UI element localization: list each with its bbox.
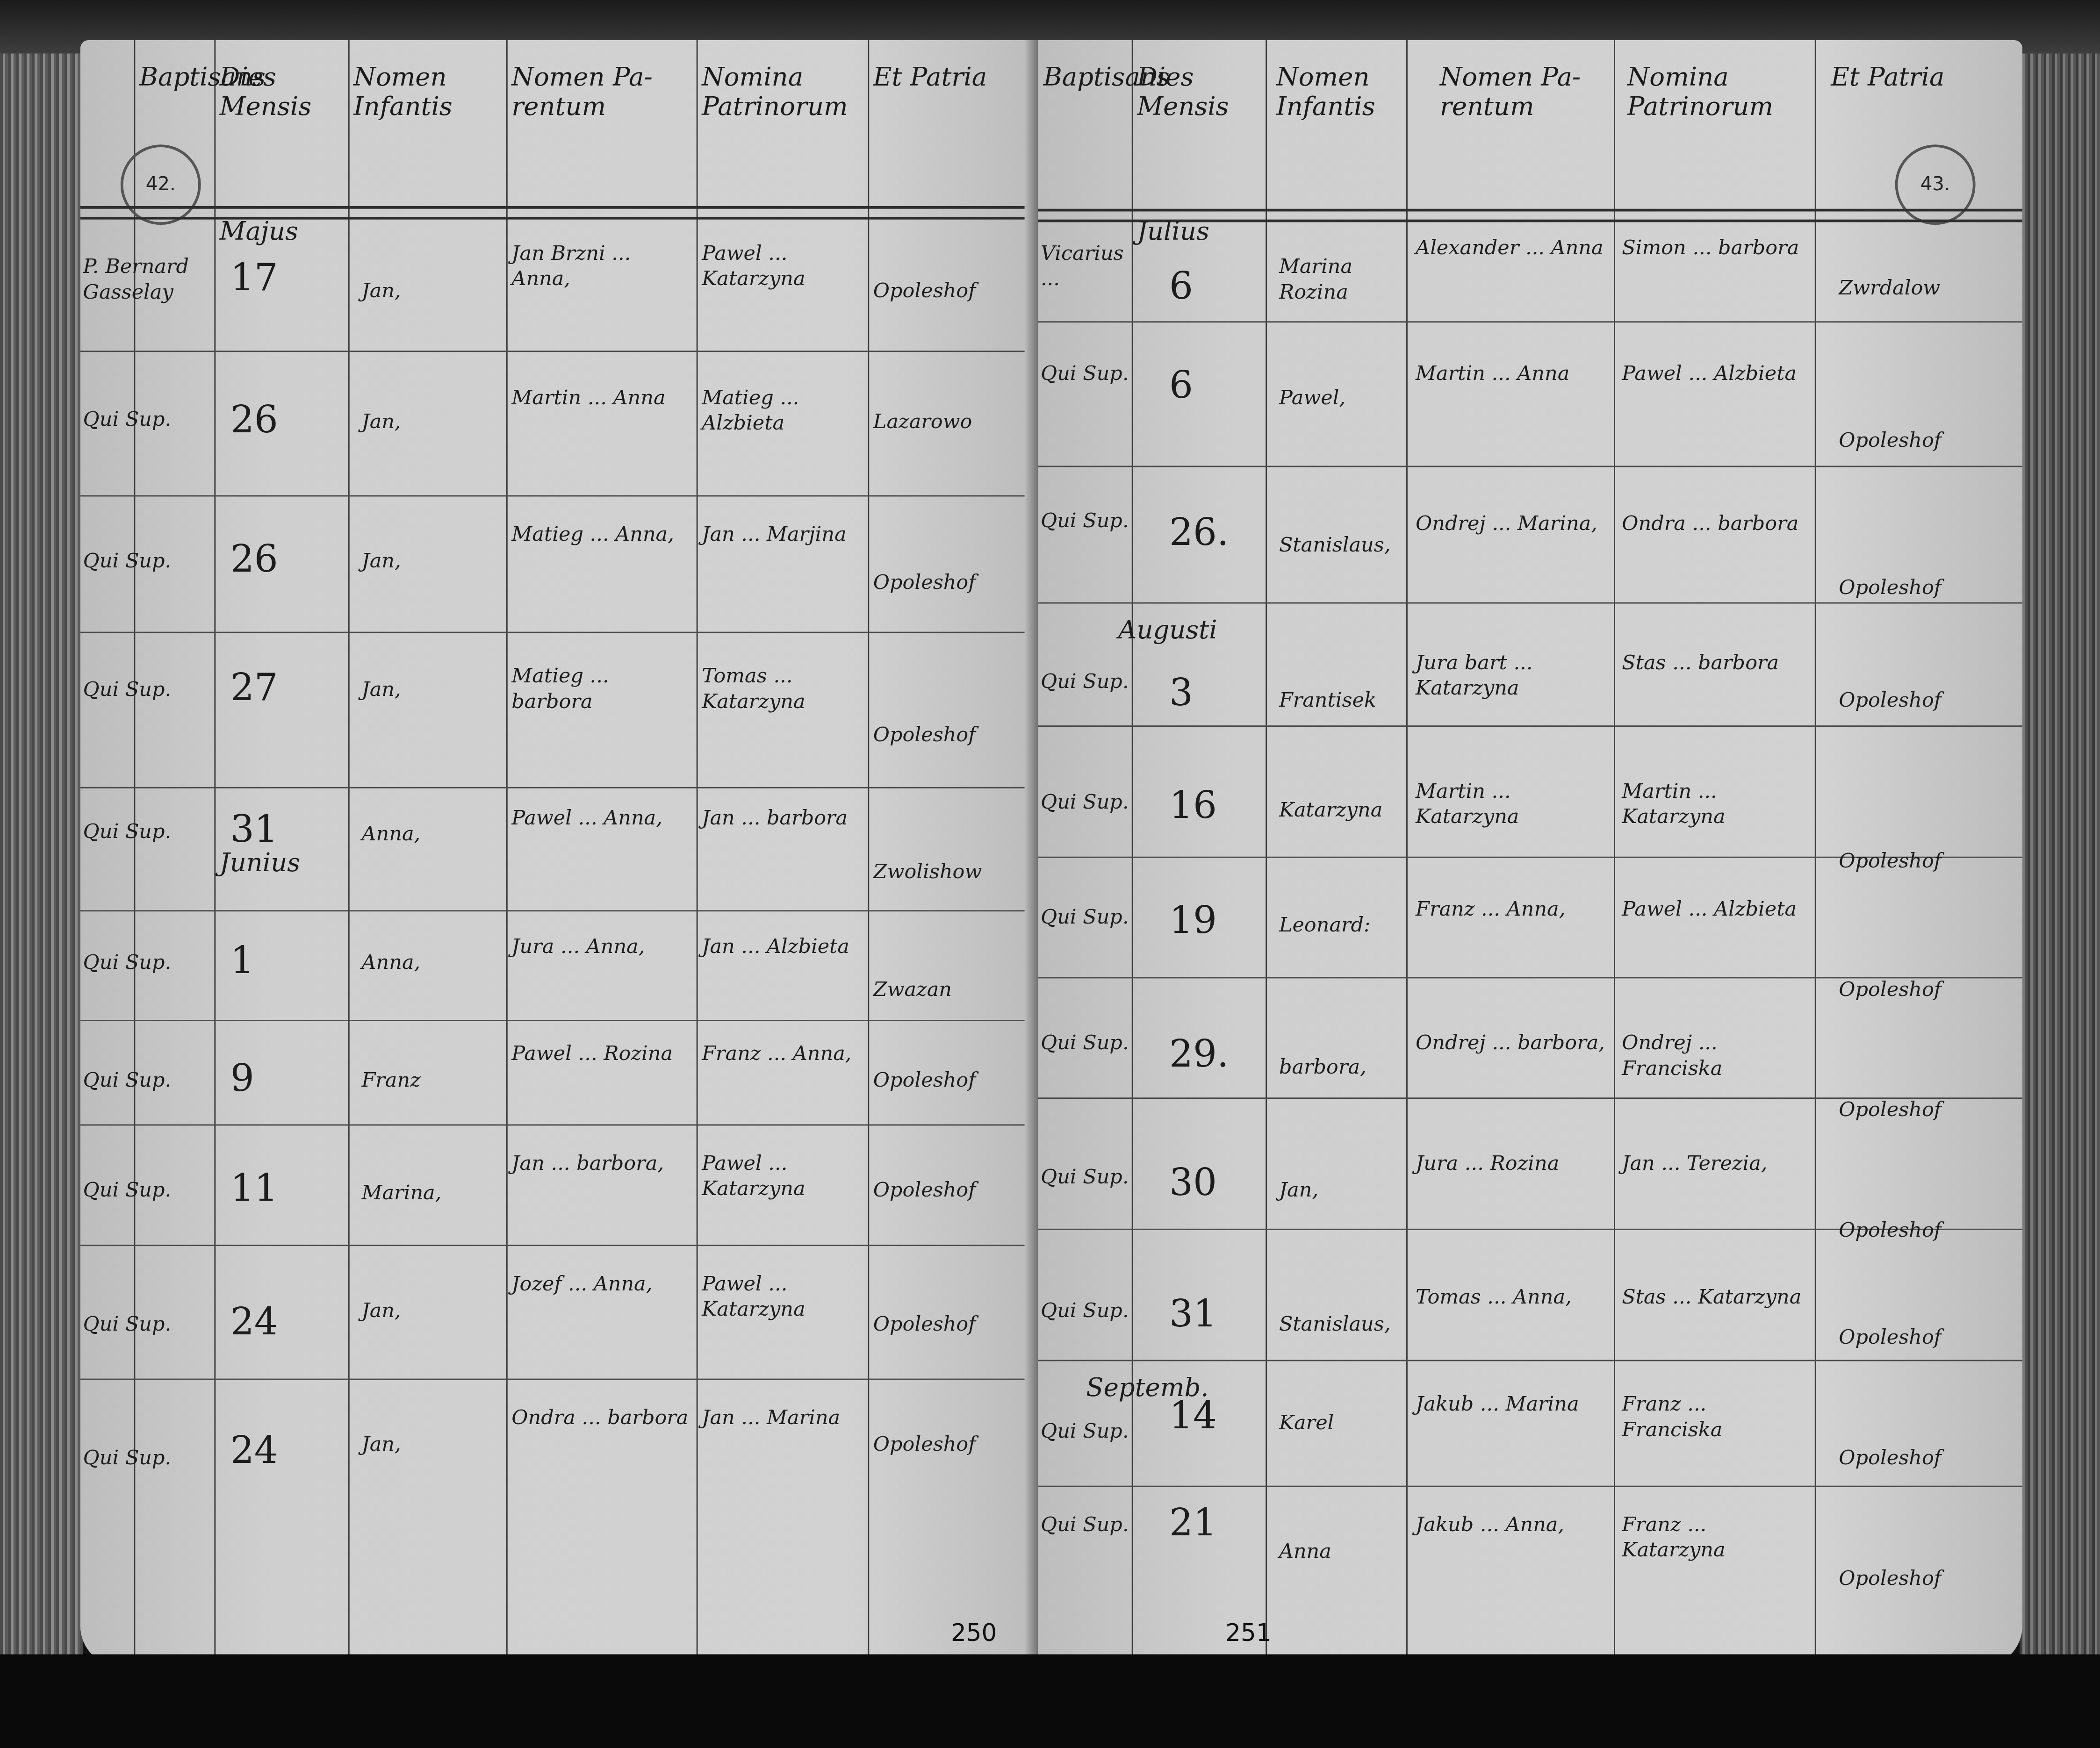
baptisans-cell: Qui Sup. (1041, 509, 1129, 534)
month-label: Majus (220, 217, 298, 249)
header-et-patria: Et Patria (1831, 64, 2018, 93)
header-nomen-parentum: Nomen Pa-rentum (1440, 64, 1611, 122)
patria-cell: Opoleshof (873, 1432, 976, 1457)
parents-cell: Alexander ... Anna (1416, 236, 1611, 261)
header-dies-mensis: Dies Mensis (1137, 64, 1263, 122)
patria-cell: Opoleshof (1839, 1566, 1941, 1591)
header-dies-mensis: Dies Mensis (220, 64, 345, 122)
baptisans-cell: Qui Sup. (83, 1311, 212, 1337)
column-rule (1132, 40, 1133, 1666)
parents-cell: Matieg ... barbora (511, 664, 692, 714)
row-divider (1038, 321, 2022, 322)
parents-cell: Pawel ... Anna, (511, 806, 692, 831)
parents-cell: Jan Brzni ... Anna, (511, 241, 692, 291)
header-baptisans: Baptisans (1043, 64, 1132, 93)
baptisans-cell: Qui Sup. (1041, 1031, 1129, 1056)
row-divider (80, 495, 1038, 497)
infant-cell: Jan, (361, 409, 401, 435)
godparents-cell: Pawel ... Alzbieta (1622, 897, 1812, 922)
day-cell: 24 (230, 1298, 278, 1345)
patria-cell: Opoleshof (1839, 977, 1941, 1003)
baptisans-cell: Qui Sup. (1041, 905, 1129, 930)
parents-cell: Pawel ... Rozina (511, 1041, 692, 1067)
godparents-cell: Pawel ... Alzbieta (1622, 361, 1812, 387)
day-cell: 16 (1169, 781, 1217, 828)
column-rule (214, 40, 216, 1666)
folio-number: 251 (1225, 1619, 1271, 1648)
infant-cell: Jan, (1279, 1178, 1318, 1203)
right-page: Baptisans Dies Mensis Nomen Infantis Nom… (1038, 40, 2022, 1666)
godparents-cell: Jan ... Marjina (702, 522, 865, 547)
row-divider (1038, 1486, 2022, 1487)
day-cell: 27 (230, 664, 278, 710)
infant-cell: Anna, (361, 950, 420, 975)
row-divider (80, 787, 1038, 788)
godparents-cell: Franz ... Katarzyna (1622, 1512, 1812, 1562)
day-cell: 14 (1169, 1392, 1217, 1439)
parents-cell: Martin ... Anna (511, 386, 692, 411)
day-cell: 21 (1169, 1499, 1217, 1546)
infant-cell: Marina Rozina (1279, 254, 1405, 304)
row-divider (1038, 1360, 2022, 1361)
baptisans-cell: Qui Sup. (1041, 1419, 1129, 1444)
patria-cell: Opoleshof (873, 570, 976, 595)
page-stack-left (0, 54, 83, 1700)
godparents-cell: Ondra ... barbora (1622, 511, 1812, 537)
godparents-cell: Pawel ... Katarzyna (702, 1151, 865, 1201)
infant-cell: barbora, (1279, 1055, 1366, 1080)
column-rule (1815, 40, 1816, 1666)
infant-cell: Jan, (361, 549, 401, 574)
infant-cell: Marina, (361, 1181, 441, 1206)
baptisans-cell: Qui Sup. (83, 819, 212, 845)
row-divider (1038, 466, 2022, 467)
baptisans-cell: Vicarius ... (1041, 241, 1129, 291)
parents-cell: Jura bart ... Katarzyna (1416, 651, 1611, 701)
patria-cell: Opoleshof (873, 279, 976, 304)
infant-cell: Anna, (361, 822, 420, 847)
infant-cell: Katarzyna (1279, 798, 1382, 823)
column-rule (348, 40, 350, 1666)
baptisans-cell: Qui Sup. (1041, 1164, 1129, 1189)
day-cell: 26. (1169, 509, 1229, 555)
patria-cell: Opoleshof (1839, 1097, 1941, 1123)
godparents-cell: Jan ... Alzbieta (702, 934, 865, 960)
parents-cell: Jozef ... Anna, (511, 1272, 692, 1297)
patria-cell: Opoleshof (1839, 1446, 1941, 1471)
header-nomen-infantis: Nomen Infantis (1276, 64, 1405, 122)
day-cell: 3 (1169, 669, 1193, 716)
parents-cell: Martin ... Anna (1416, 361, 1611, 387)
day-cell: 26 (230, 535, 278, 582)
column-rule (868, 40, 869, 1666)
infant-cell: Stanislaus, (1279, 1311, 1391, 1337)
header-baptisans: Baptisans (139, 64, 214, 93)
infant-cell: Jan, (361, 279, 401, 304)
baptisans-cell: P. Bernard Gasselay (83, 254, 212, 304)
parents-cell: Jura ... Anna, (511, 934, 692, 960)
scan-background (0, 1655, 2100, 1748)
baptisans-cell: Qui Sup. (1041, 790, 1129, 815)
column-rule (1406, 40, 1408, 1666)
godparents-cell: Franz ... Anna, (702, 1041, 865, 1067)
header-nomina-patrinorum: Nomina Patrinorum (702, 64, 865, 122)
patria-cell: Zwolishow (873, 859, 982, 884)
column-rule (697, 40, 698, 1666)
patria-cell: Zwrdalow (1839, 276, 1940, 301)
header-et-patria: Et Patria (873, 64, 1034, 93)
day-cell: 9 (230, 1055, 254, 1102)
row-divider (80, 632, 1038, 633)
column-rule (1266, 40, 1267, 1666)
month-label: Junius (220, 849, 300, 881)
infant-cell: Jan, (361, 1432, 401, 1457)
godparents-cell: Ondrej ... Franciska (1622, 1031, 1812, 1081)
day-cell: 29. (1169, 1031, 1229, 1077)
patria-cell: Opoleshof (1839, 428, 1941, 453)
infant-cell: Karel (1279, 1411, 1334, 1436)
infant-cell: Franz (361, 1068, 420, 1093)
day-cell: 19 (1169, 897, 1217, 944)
godparents-cell: Simon ... barbora (1622, 236, 1812, 261)
baptisans-cell: Qui Sup. (83, 1178, 212, 1203)
row-divider (1038, 602, 2022, 604)
row-divider (80, 1245, 1038, 1246)
infant-cell: Frantisek (1279, 688, 1376, 713)
parents-cell: Martin ... Katarzyna (1416, 779, 1611, 829)
godparents-cell: Tomas ... Katarzyna (702, 664, 865, 714)
godparents-cell: Pawel ... Katarzyna (702, 1272, 865, 1322)
parents-cell: Jakub ... Marina (1416, 1392, 1611, 1417)
patria-cell: Lazarowo (873, 409, 972, 435)
godparents-cell: Stas ... barbora (1622, 651, 1812, 676)
patria-cell: Opoleshof (873, 1068, 976, 1093)
parents-cell: Ondrej ... Marina, (1416, 511, 1611, 537)
patria-cell: Opoleshof (1839, 1218, 1941, 1243)
godparents-cell: Jan ... Terezia, (1622, 1151, 1812, 1176)
baptisans-cell: Qui Sup. (83, 549, 212, 574)
baptisans-cell: Qui Sup. (83, 950, 212, 975)
baptisans-cell: Qui Sup. (1041, 1512, 1129, 1538)
row-divider (80, 910, 1038, 911)
godparents-cell: Pawel ... Katarzyna (702, 241, 865, 291)
row-divider (80, 1379, 1038, 1380)
left-page: Baptisans Dies Mensis Nomen Infantis Nom… (80, 40, 1038, 1666)
patria-cell: Opoleshof (873, 723, 976, 748)
godparents-cell: Jan ... barbora (702, 806, 865, 831)
infant-cell: Jan, (361, 1298, 401, 1324)
parents-cell: Franz ... Anna, (1416, 897, 1611, 922)
godparents-cell: Jan ... Marina (702, 1405, 865, 1431)
day-cell: 31 (230, 806, 278, 853)
baptisans-cell: Qui Sup. (83, 1446, 212, 1471)
infant-cell: Stanislaus, (1279, 533, 1391, 558)
day-cell: 6 (1169, 262, 1193, 309)
parents-cell: Jan ... barbora, (511, 1151, 692, 1176)
row-divider (1038, 725, 2022, 727)
patria-cell: Opoleshof (1839, 688, 1941, 713)
parents-cell: Jura ... Rozina (1416, 1151, 1611, 1176)
day-cell: 24 (230, 1427, 278, 1474)
header-nomen-infantis: Nomen Infantis (353, 64, 501, 122)
patria-cell: Opoleshof (1839, 575, 1941, 601)
day-cell: 17 (230, 254, 278, 301)
patria-cell: Opoleshof (873, 1178, 976, 1203)
godparents-cell: Matieg ... Alzbieta (702, 386, 865, 436)
header-nomen-parentum: Nomen Pa-rentum (511, 64, 692, 122)
day-cell: 6 (1169, 361, 1193, 408)
folio-number: 250 (951, 1619, 997, 1648)
godparents-cell: Franz ... Franciska (1622, 1392, 1812, 1442)
baptisans-cell: Qui Sup. (1041, 361, 1129, 387)
parents-cell: Ondrej ... barbora, (1416, 1031, 1611, 1056)
baptisans-cell: Qui Sup. (1041, 1298, 1129, 1324)
header-nomina-patrinorum: Nomina Patrinorum (1627, 64, 1812, 122)
page-stack-right (2020, 54, 2100, 1660)
month-label: Julius (1137, 217, 1209, 249)
row-divider (80, 1125, 1038, 1126)
patria-cell: Opoleshof (1839, 849, 1941, 874)
parents-cell: Tomas ... Anna, (1416, 1285, 1611, 1310)
month-label: Augusti (1118, 616, 1217, 647)
day-cell: 11 (230, 1164, 278, 1211)
baptisans-cell: Qui Sup. (83, 407, 212, 432)
infant-cell: Anna (1279, 1539, 1331, 1564)
parents-cell: Ondra ... barbora (511, 1405, 692, 1431)
infant-cell: Leonard: (1279, 913, 1371, 938)
infant-cell: Pawel, (1279, 386, 1345, 411)
column-rule (1614, 40, 1615, 1666)
godparents-cell: Martin ... Katarzyna (1622, 779, 1812, 829)
column-rule (506, 40, 508, 1666)
day-cell: 1 (230, 937, 254, 984)
baptisans-cell: Qui Sup. (1041, 669, 1129, 695)
infant-cell: Jan, (361, 677, 401, 702)
patria-cell: Zwazan (873, 977, 952, 1003)
day-cell: 30 (1169, 1159, 1217, 1206)
register-scan: Baptisans Dies Mensis Nomen Infantis Nom… (0, 0, 2100, 1748)
day-cell: 26 (230, 396, 278, 443)
patria-cell: Opoleshof (1839, 1325, 1941, 1350)
row-divider (80, 351, 1038, 352)
parents-cell: Matieg ... Anna, (511, 522, 692, 547)
baptisans-cell: Qui Sup. (83, 1068, 212, 1093)
patria-cell: Opoleshof (873, 1311, 976, 1337)
row-divider (80, 1020, 1038, 1021)
godparents-cell: Stas ... Katarzyna (1622, 1285, 1812, 1310)
day-cell: 31 (1169, 1290, 1217, 1337)
baptisans-cell: Qui Sup. (83, 677, 212, 702)
parents-cell: Jakub ... Anna, (1416, 1512, 1611, 1538)
